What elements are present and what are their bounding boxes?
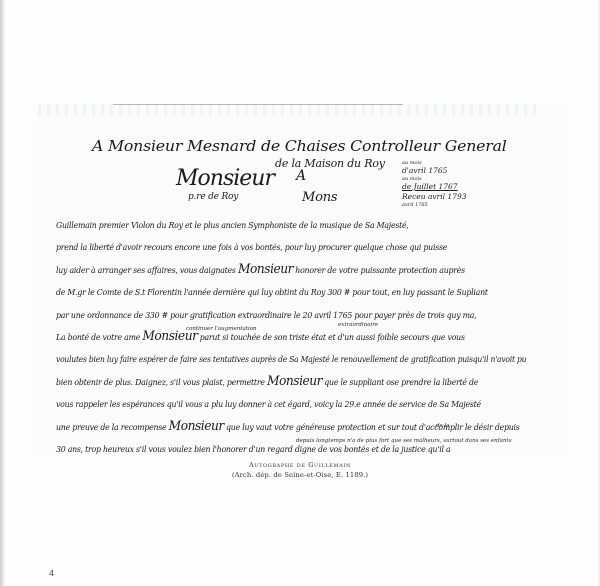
handwritten-letter-facsimile: A Monsieur Mesnard de Chaises Controlleu…: [38, 104, 568, 454]
letter-address-line-1: A Monsieur Mesnard de Chaises Controlleu…: [92, 137, 507, 155]
letter-body-line: vous rappeler les espérances qu'il vous …: [56, 393, 526, 415]
body-emphasis-monsieur: Monsieur: [169, 419, 224, 434]
scan-noise: [38, 104, 538, 116]
margin-note: Receu avril 1793: [402, 192, 512, 202]
margin-note: avril 1765: [402, 202, 512, 208]
body-text: Guillemain premier Violon du Roy et le p…: [56, 220, 409, 230]
letter-body-line: une preuve de la recompense Monsieur que…: [56, 416, 526, 438]
letter-body-line: voulutes bien luy faire espérer de faire…: [56, 348, 514, 370]
letter-a-mark: A: [296, 168, 306, 184]
body-text: prend la liberté d'avoir recours encore …: [56, 242, 447, 252]
scan-top-rule: [113, 104, 403, 105]
body-text: honorer de votre puissante protection au…: [293, 265, 465, 275]
body-text: 30 ans, trop heureux s'il vous voulez bi…: [56, 444, 450, 454]
page-number: 4: [49, 569, 54, 578]
letter-address-line-2: de la Maison du Roy: [275, 157, 385, 170]
body-text: une preuve de la recompense: [56, 422, 169, 432]
figure-caption: Autographe de Guillemain (Arch. dép. de …: [0, 460, 600, 481]
letter-body-line: bien obtenir de plus. Daignez, s'il vous…: [56, 371, 526, 393]
margin-note: de Juillet 1767: [402, 182, 512, 192]
interlinear-note: de la: [436, 423, 450, 429]
letter-body-line: par une ordonnance de 330 # pour gratifi…: [56, 304, 526, 326]
letter-body-line: La bonté de votre ame Monsieur parut si …: [56, 326, 526, 348]
body-emphasis-monsieur: Monsieur: [267, 374, 322, 389]
page-gutter-shadow: [0, 0, 5, 586]
letter-salutation: Monsieur: [176, 166, 274, 191]
body-text: bien obtenir de plus. Daignez, s'il vous…: [56, 377, 267, 387]
margin-note: d'avril 1765: [402, 166, 512, 176]
letter-footnote-line: depuis longtemps n'a de plus fort que se…: [296, 438, 512, 444]
body-text: La bonté de votre ame: [56, 332, 142, 342]
body-text: que luy vaut votre généreuse protection …: [224, 422, 520, 432]
letter-salutation-sub: p.re de Roy: [188, 192, 238, 202]
margin-notes: au moisd'avril 1765au moisde Juillet 176…: [402, 160, 512, 208]
body-text: de M.gr le Comte de S.t Florentin l'anné…: [56, 287, 488, 297]
letter-place: Mons: [302, 190, 337, 205]
letter-body: Guillemain premier Violon du Roy et le p…: [56, 214, 556, 460]
body-text: par une ordonnance de 330 # pour gratifi…: [56, 310, 476, 320]
letter-body-line: prend la liberté d'avoir recours encore …: [56, 236, 526, 258]
letter-body-line: luy aider à arranger ses affaires, vous …: [56, 259, 526, 281]
body-text: parut si touchée de son triste état et d…: [197, 332, 464, 342]
body-text: vous rappeler les espérances qu'il vous …: [56, 399, 481, 409]
body-text: voulutes bien luy faire espérer de faire…: [56, 354, 526, 364]
letter-body-line: de M.gr le Comte de S.t Florentin l'anné…: [56, 281, 526, 303]
caption-source: (Arch. dép. de Seine-et-Oise, E. 1189.): [0, 470, 600, 481]
letter-body-line: Guillemain premier Violon du Roy et le p…: [56, 214, 526, 236]
interlinear-note: continuer l'augmentation: [186, 326, 257, 332]
body-text: luy aider à arranger ses affaires, vous …: [56, 265, 238, 275]
body-text: que le suppliant ose prendre la liberté …: [322, 377, 478, 387]
caption-title: Autographe de Guillemain: [0, 460, 600, 470]
body-emphasis-monsieur: Monsieur: [238, 262, 293, 277]
interlinear-note: extraordinaire: [338, 322, 378, 328]
